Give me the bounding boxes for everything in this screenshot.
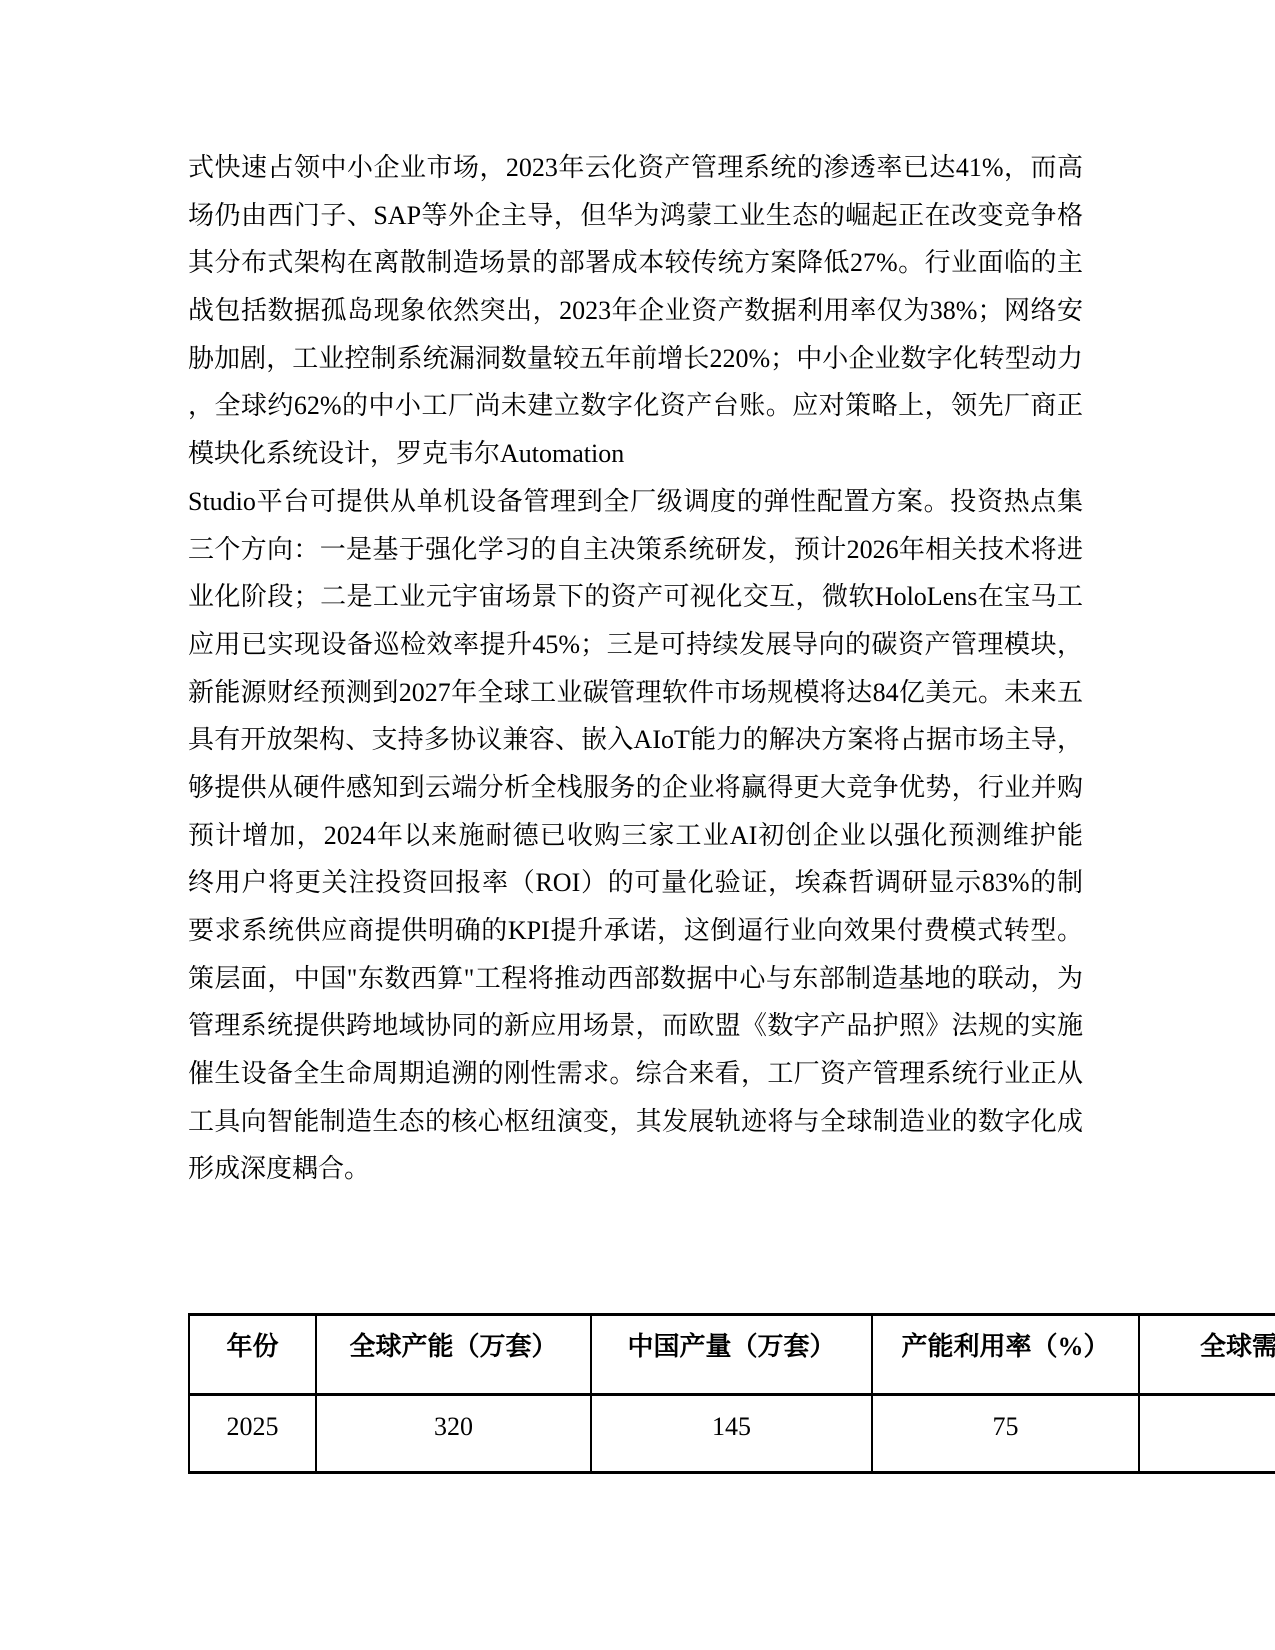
paragraph-line: 三个方向：一是基于强化学习的自主决策系统研发，预计2026年相关技术将进入商 [188,526,1083,574]
paragraph-line: 够提供从硬件感知到云端分析全栈服务的企业将赢得更大竞争优势，行业并购活动 [188,764,1083,812]
cell-utilization-rate: 75 [872,1395,1139,1473]
body-paragraph: 式快速占领中小企业市场，2023年云化资产管理系统的渗透率已达41%，而高端市 … [188,144,1083,1193]
paragraph-line: 催生设备全生命周期追溯的刚性需求。综合来看，工厂资产管理系统行业正从单一 [188,1050,1083,1098]
paragraph-line: 终用户将更关注投资回报率（ROI）的可量化验证，埃森哲调研显示83%的制造企业 [188,859,1083,907]
header-year: 年份 [189,1315,316,1395]
header-china-output: 中国产量（万套） [591,1315,872,1395]
paragraph-line: 策层面，中国"东数西算"工程将推动西部数据中心与东部制造基地的联动，为资产 [188,955,1083,1003]
header-global-demand-clipped: 全球需 [1139,1315,1275,1395]
capacity-table-container: 年份 全球产能（万套） 中国产量（万套） 产能利用率（%） 全球需 2025 3… [188,1313,1275,1474]
paragraph-line: 业化阶段；二是工业元宇宙场景下的资产可视化交互，微软HoloLens在宝马工厂的 [188,573,1083,621]
paragraph-line: 胁加剧，工业控制系统漏洞数量较五年前增长220%；中小企业数字化转型动力不足 [188,335,1083,383]
paragraph-line: 其分布式架构在离散制造场景的部署成本较传统方案降低27%。行业面临的主要挑 [188,239,1083,287]
paragraph-line: 要求系统供应商提供明确的KPI提升承诺，这倒逼行业向效果付费模式转型。在政 [188,907,1083,955]
paragraph-line: 形成深度耦合。 [188,1145,1083,1193]
paragraph-line: 管理系统提供跨地域协同的新应用场景，而欧盟《数字产品护照》法规的实施则将 [188,1002,1083,1050]
paragraph-line: 预计增加，2024年以来施耐德已收购三家工业AI初创企业以强化预测维护能力。最 [188,812,1083,860]
paragraph-line: 战包括数据孤岛现象依然突出，2023年企业资产数据利用率仅为38%；网络安全威 [188,287,1083,335]
paragraph-line: 新能源财经预测到2027年全球工业碳管理软件市场规模将达84亿美元。未来五年， [188,669,1083,717]
paragraph-line: 应用已实现设备巡检效率提升45%；三是可持续发展导向的碳资产管理模块，彭博 [188,621,1083,669]
capacity-table: 年份 全球产能（万套） 中国产量（万套） 产能利用率（%） 全球需 2025 3… [188,1313,1275,1474]
paragraph-line: 工具向智能制造生态的核心枢纽演变，其发展轨迹将与全球制造业的数字化成熟度 [188,1098,1083,1146]
paragraph-line: 具有开放架构、支持多协议兼容、嵌入AIoT能力的解决方案将占据市场主导，而能 [188,716,1083,764]
cell-global-capacity: 320 [316,1395,591,1473]
cell-year: 2025 [189,1395,316,1473]
cell-global-demand-clipped [1139,1395,1275,1473]
paragraph-line: 场仍由西门子、SAP等外企主导，但华为鸿蒙工业生态的崛起正在改变竞争格局， [188,192,1083,240]
table-row: 2025 320 145 75 [189,1395,1275,1473]
cell-china-output: 145 [591,1395,872,1473]
paragraph-line: 模块化系统设计，罗克韦尔Automation [188,430,1083,478]
table-header-row: 年份 全球产能（万套） 中国产量（万套） 产能利用率（%） 全球需 [189,1315,1275,1395]
header-global-capacity: 全球产能（万套） [316,1315,591,1395]
document-page: 式快速占领中小企业市场，2023年云化资产管理系统的渗透率已达41%，而高端市 … [0,0,1275,1650]
paragraph-line: Studio平台可提供从单机设备管理到全厂级调度的弹性配置方案。投资热点集中在 [188,478,1083,526]
paragraph-line: ，全球约62%的中小工厂尚未建立数字化资产台账。应对策略上，领先厂商正推进 [188,382,1083,430]
paragraph-line: 式快速占领中小企业市场，2023年云化资产管理系统的渗透率已达41%，而高端市 [188,144,1083,192]
header-utilization-rate: 产能利用率（%） [872,1315,1139,1395]
